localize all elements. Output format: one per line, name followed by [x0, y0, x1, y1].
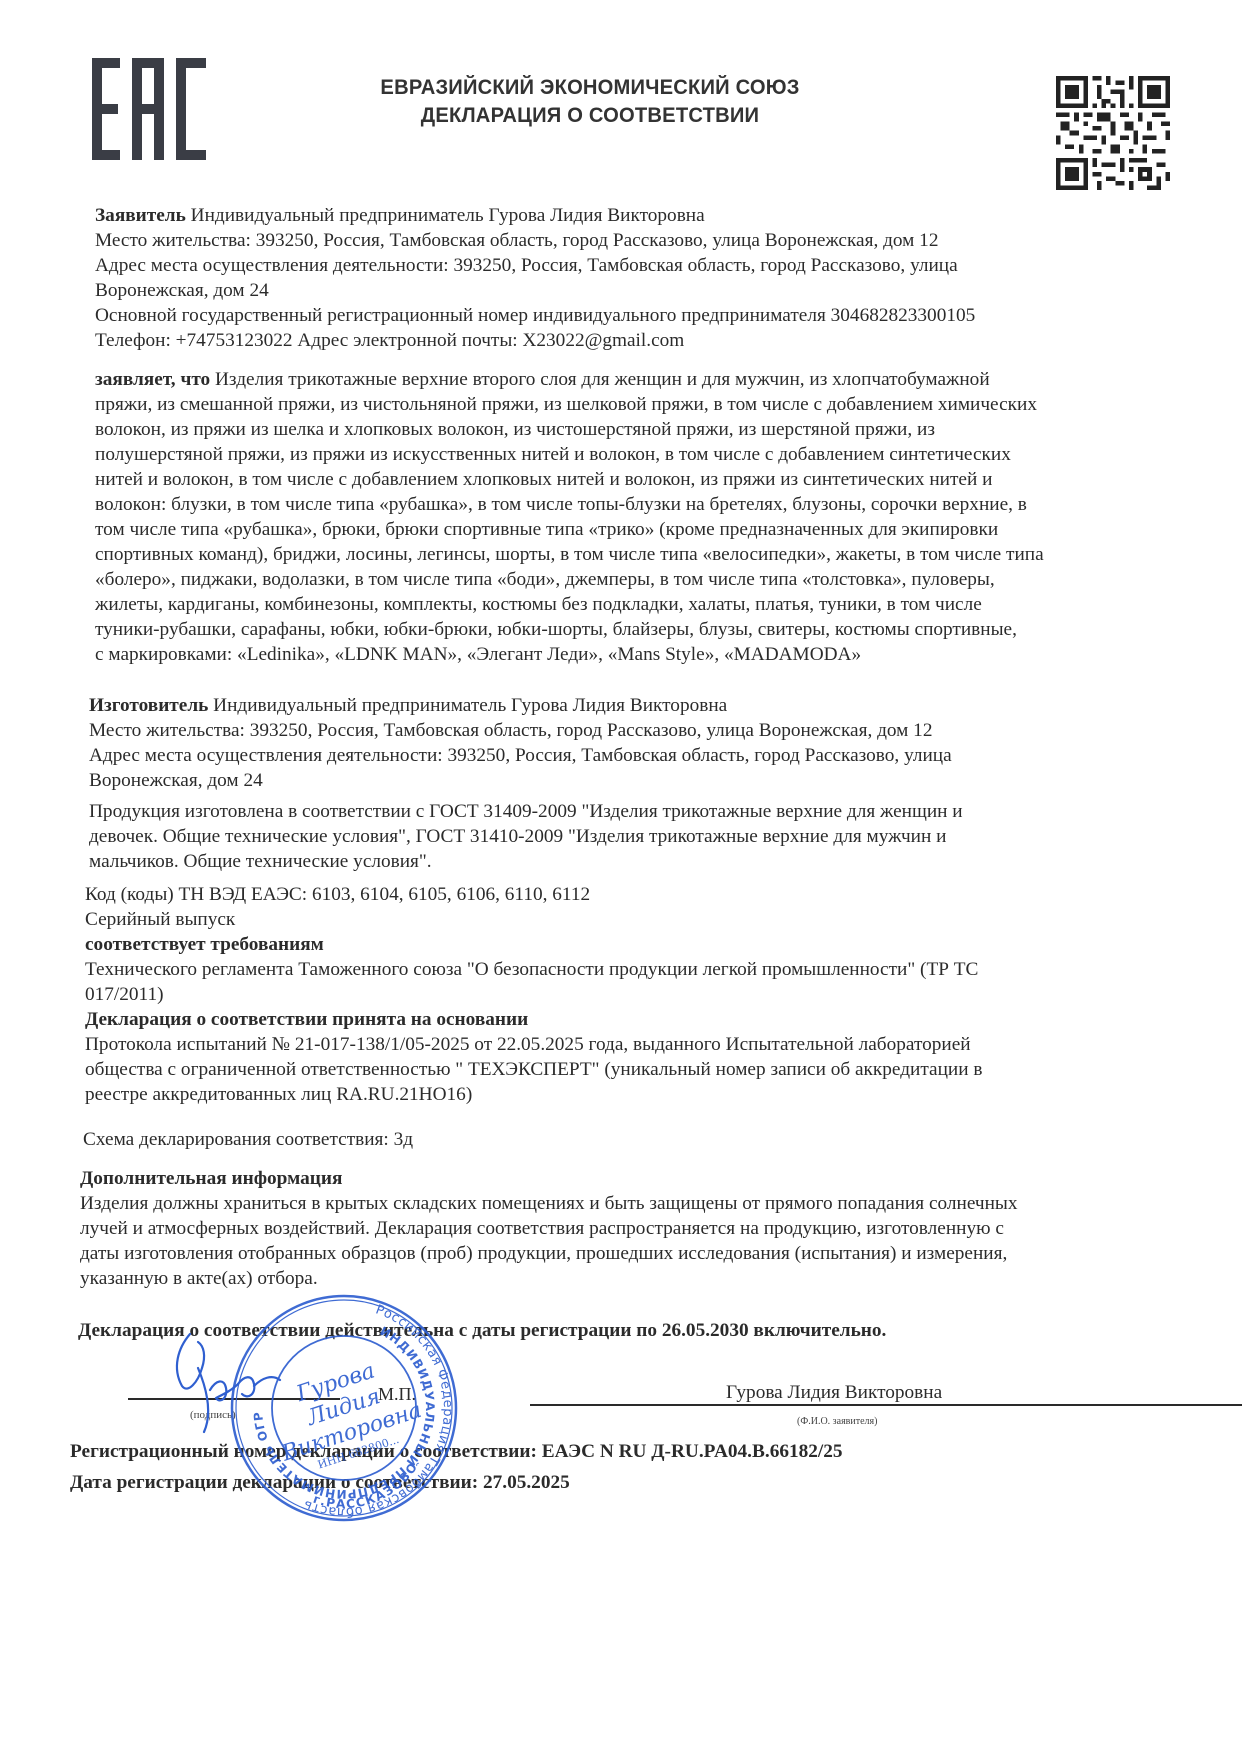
applicant-section: Заявитель Индивидуальный предприниматель… — [95, 203, 1195, 353]
applicant-name: Индивидуальный предприниматель Гурова Ли… — [186, 205, 705, 226]
tn-ved-codes: Код (коды) ТН ВЭД ЕАЭС: 6103, 6104, 6105… — [85, 882, 1185, 907]
standards-line: девочек. Общие технические условия", ГОС… — [89, 824, 1189, 849]
additional-info-heading: Дополнительная информация — [80, 1166, 1180, 1191]
product-description-line: волокон, из пряжи из шелка и хлопковых в… — [95, 417, 1195, 442]
signer-caption: (Ф.И.О. заявителя) — [797, 1409, 877, 1434]
regulation-line: Технического регламента Таможенного союз… — [85, 957, 1185, 982]
manufacturer-name: Индивидуальный предприниматель Гурова Ли… — [208, 695, 727, 716]
product-section: Код (коды) ТН ВЭД ЕАЭС: 6103, 6104, 6105… — [85, 882, 1185, 1107]
qr-code-icon[interactable] — [1056, 76, 1170, 190]
manufacturer-section: Изготовитель Индивидуальный предпринимат… — [89, 693, 1189, 874]
declares-label: заявляет, что — [95, 369, 210, 390]
additional-info-line: Изделия должны храниться в крытых складс… — [80, 1191, 1180, 1216]
additional-info-line: лучей и атмосферных воздействий. Деклара… — [80, 1216, 1180, 1241]
product-description-line: пряжи, из смешанной пряжи, из чистольнян… — [95, 392, 1195, 417]
release-type: Серийный выпуск — [85, 907, 1185, 932]
regulation-line: 017/2011) — [85, 982, 1185, 1007]
applicant-label: Заявитель — [95, 205, 186, 226]
product-description-line: «болеро», пиджаки, водолазки, в том числ… — [95, 567, 1195, 592]
additional-info-line: указанную в акте(ах) отбора. — [80, 1266, 1180, 1291]
eac-logo-icon — [92, 58, 206, 160]
additional-info-line: даты изготовления отобранных образцов (п… — [80, 1241, 1180, 1266]
standards-line: Продукция изготовлена в соответствии с Г… — [89, 799, 1189, 824]
product-description-line: Изделия трикотажные верхние второго слоя… — [210, 369, 989, 390]
applicant-contacts: Телефон: +74753123022 Адрес электронной … — [95, 328, 1195, 353]
applicant-ogrnip: Основной государственный регистрационный… — [95, 303, 1195, 328]
basis-heading: Декларация о соответствии принята на осн… — [85, 1007, 1185, 1032]
product-description-line: спортивных команд), бриджи, лосины, леги… — [95, 542, 1195, 567]
product-description-line: полушерстяной пряжи, из пряжи из искусст… — [95, 442, 1195, 467]
product-description-line: нитей и волокон, в том числе с добавлени… — [95, 467, 1195, 492]
document-header: ЕВРАЗИЙСКИЙ ЭКОНОМИЧЕСКИЙ СОЮЗ ДЕКЛАРАЦИ… — [312, 74, 869, 130]
applicant-activity-address-cont: Воронежская, дом 24 — [95, 278, 1195, 303]
declaration-scheme: Схема декларирования соответствия: 3д — [83, 1127, 1183, 1152]
additional-info-section: Дополнительная информация Изделия должны… — [80, 1166, 1180, 1291]
handwritten-signature-icon — [168, 1328, 288, 1438]
signer-name: Гурова Лидия Викторовна — [726, 1380, 942, 1405]
applicant-residence: Место жительства: 393250, Россия, Тамбов… — [95, 228, 1195, 253]
compliance-heading: соответствует требованиям — [85, 932, 1185, 957]
manufacturer-activity-address-cont: Воронежская, дом 24 — [89, 768, 1189, 793]
applicant-activity-address: Адрес места осуществления деятельности: … — [95, 253, 1195, 278]
scheme-section: Схема декларирования соответствия: 3д — [83, 1127, 1183, 1152]
product-description-line: туники-рубашки, сарафаны, юбки, юбки-брю… — [95, 617, 1195, 642]
manufacturer-activity-address: Адрес места осуществления деятельности: … — [89, 743, 1189, 768]
manufacturer-residence: Место жительства: 393250, Россия, Тамбов… — [89, 718, 1189, 743]
test-protocol-line: Протокола испытаний № 21-017-138/1/05-20… — [85, 1032, 1185, 1057]
manufacturer-label: Изготовитель — [89, 695, 208, 716]
union-title: ЕВРАЗИЙСКИЙ ЭКОНОМИЧЕСКИЙ СОЮЗ — [312, 74, 869, 102]
declaration-title: ДЕКЛАРАЦИЯ О СООТВЕТСТВИИ — [312, 102, 869, 130]
product-description-line: том числе типа «рубашка», брюки, брюки с… — [95, 517, 1195, 542]
product-description-line: волокон: блузки, в том числе типа «рубаш… — [95, 492, 1195, 517]
standards-line: мальчиков. Общие технические условия". — [89, 849, 1189, 874]
product-description-line: жилеты, кардиганы, комбинезоны, комплект… — [95, 592, 1195, 617]
test-protocol-line: общества с ограниченной ответственностью… — [85, 1057, 1185, 1082]
test-protocol-line: реестре аккредитованных лиц RA.RU.21НО16… — [85, 1082, 1185, 1107]
product-markings-line: с маркировками: «Ledinika», «LDNK MAN», … — [95, 642, 1195, 667]
declaration-page: ЕВРАЗИЙСКИЙ ЭКОНОМИЧЕСКИЙ СОЮЗ ДЕКЛАРАЦИ… — [0, 0, 1242, 1754]
declares-section: заявляет, что Изделия трикотажные верхни… — [95, 367, 1195, 667]
